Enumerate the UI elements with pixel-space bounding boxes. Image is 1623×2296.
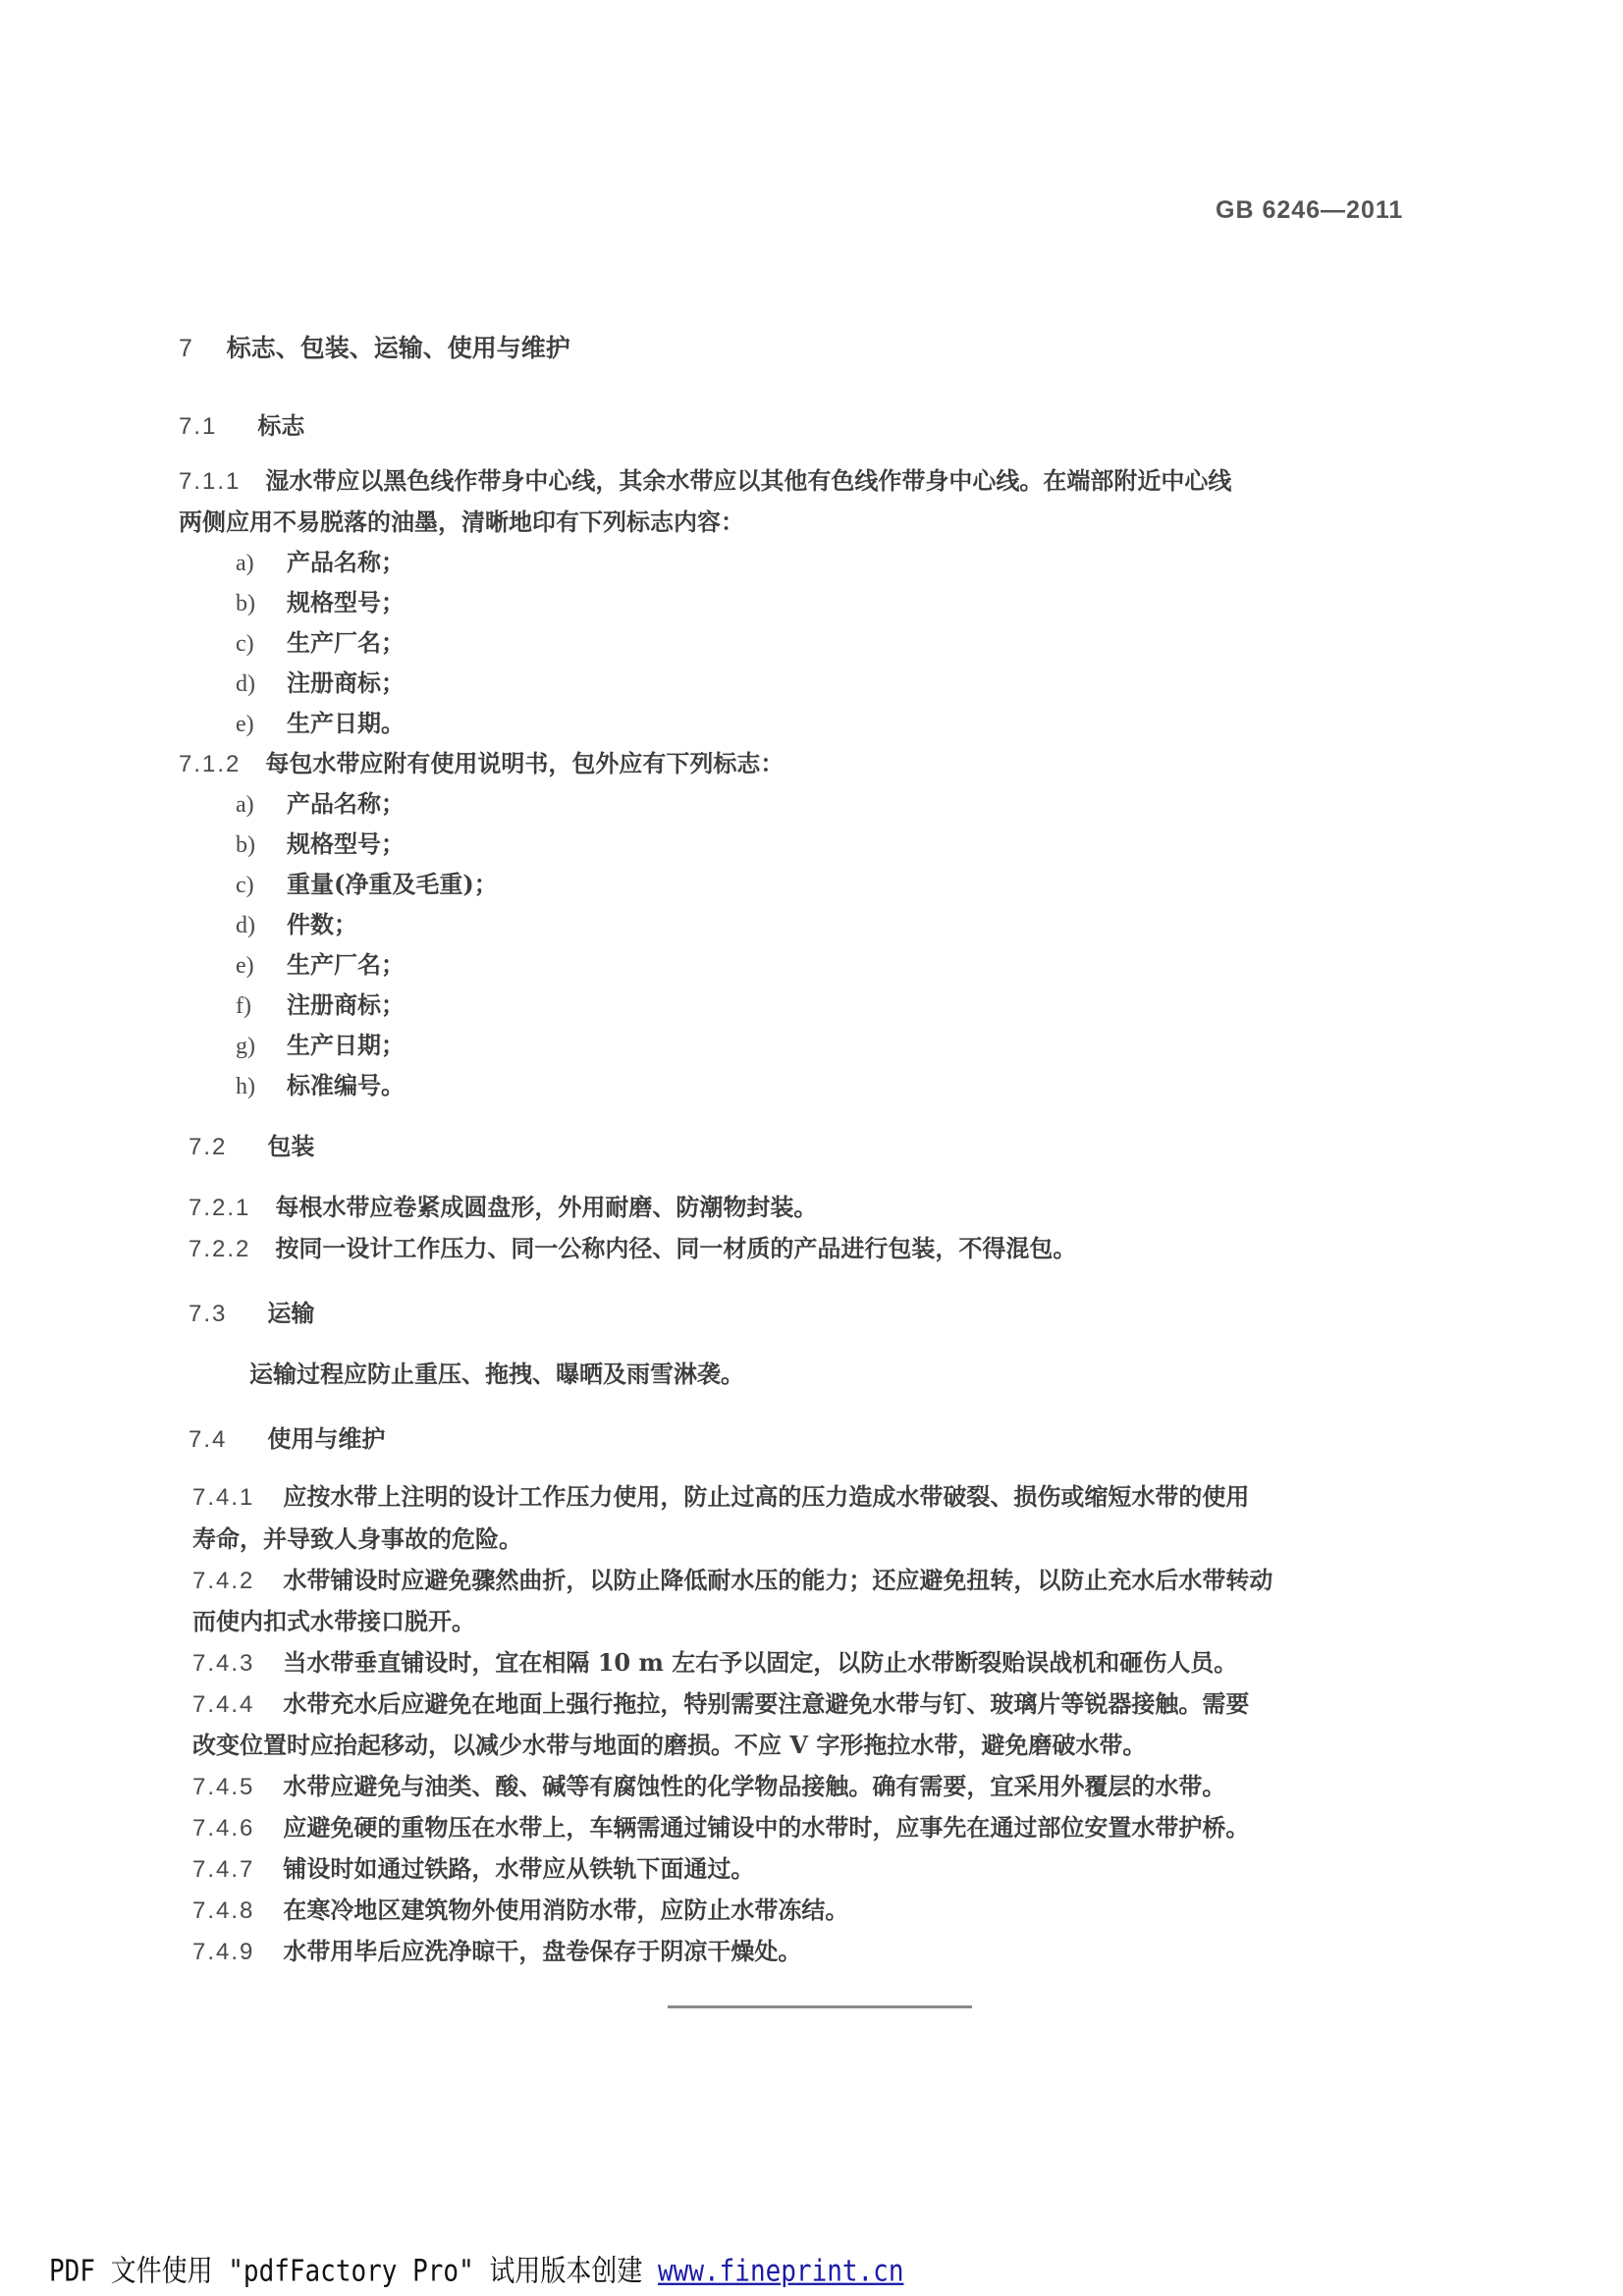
clause-number: 7.4.3 bbox=[192, 1650, 275, 1678]
item-text: 重量(净重及毛重)； bbox=[287, 870, 498, 898]
section-number: 7.4 bbox=[189, 1426, 259, 1454]
item-text: 生产日期； bbox=[287, 1031, 405, 1059]
clause-number: 7.4.7 bbox=[192, 1856, 275, 1884]
clause-text: 应按水带上注明的设计工作压力使用，防止过高的压力造成水带破裂、损伤或缩短水带的使… bbox=[283, 1482, 1249, 1511]
clause-7-4-6: 7.4.6 应避免硬的重物压在水带上，车辆需通过铺设中的水带时，应事先在通过部位… bbox=[192, 1808, 1249, 1842]
pdf-watermark-footer: PDF 文件使用 "pdfFactory Pro" 试用版本创建 www.fin… bbox=[49, 2248, 903, 2290]
clause-7-4-7: 7.4.7 铺设时如通过铁路，水带应从铁轨下面通过。 bbox=[192, 1849, 754, 1884]
section-7-4-heading: 7.4 使用与维护 bbox=[189, 1419, 385, 1454]
clause-text: 在寒冷地区建筑物外使用消防水带，应防止水带冻结。 bbox=[283, 1896, 848, 1924]
clause-text: 水带充水后应避免在地面上强行拖拉，特别需要注意避免水带与钉、玻璃片等锐器接触。需… bbox=[283, 1689, 1249, 1718]
list-item: e)生产厂名； bbox=[236, 945, 405, 980]
clause-text: 水带铺设时应避免骤然曲折，以防止降低耐水压的能力；还应避免扭转，以防止充水后水带… bbox=[283, 1566, 1272, 1594]
clause-text: 湿水带应以黑色线作带身中心线，其余水带应以其他有色线作带身中心线。在端部附近中心… bbox=[265, 466, 1231, 495]
clause-number: 7.2.2 bbox=[189, 1236, 267, 1263]
item-label: f) bbox=[236, 993, 287, 1020]
list-item: a)产品名称； bbox=[236, 543, 405, 577]
clause-7-4-4-line1: 7.4.4 水带充水后应避免在地面上强行拖拉，特别需要注意避免水带与钉、玻璃片等… bbox=[192, 1684, 1249, 1719]
clause-7-4-1-line1: 7.4.1 应按水带上注明的设计工作压力使用，防止过高的压力造成水带破裂、损伤或… bbox=[192, 1477, 1249, 1512]
list-item: b)规格型号； bbox=[236, 583, 405, 617]
clause-text: 铺设时如通过铁路，水带应从铁轨下面通过。 bbox=[283, 1854, 754, 1883]
clause-number: 7.4.2 bbox=[192, 1568, 275, 1595]
clause-text: 应避免硬的重物压在水带上，车辆需通过铺设中的水带时，应事先在通过部位安置水带护桥… bbox=[283, 1813, 1249, 1842]
item-label: c) bbox=[236, 631, 287, 658]
item-text: 产品名称； bbox=[287, 789, 405, 818]
list-item: d)注册商标； bbox=[236, 664, 405, 698]
clause-number: 7.4.8 bbox=[192, 1897, 275, 1925]
list-item: b)规格型号； bbox=[236, 825, 405, 859]
item-text: 生产厂名； bbox=[287, 950, 405, 979]
clause-text: 当水带垂直铺设时，宜在相隔 10 m 左右予以固定，以防止水带断裂贻误战机和砸伤… bbox=[283, 1648, 1237, 1677]
list-item: g)生产日期； bbox=[236, 1026, 405, 1060]
section-7-heading: 7 标志、包装、运输、使用与维护 bbox=[179, 329, 570, 364]
item-text: 注册商标； bbox=[287, 990, 405, 1019]
item-text: 产品名称； bbox=[287, 548, 405, 576]
item-text: 生产厂名； bbox=[287, 628, 405, 657]
document-page: GB 6246—2011 7 标志、包装、运输、使用与维护 7.1 标志 7.1… bbox=[0, 0, 1623, 2296]
clause-7-4-2-line2: 而使内扣式水带接口脱开。 bbox=[192, 1602, 475, 1636]
section-title: 标志 bbox=[257, 411, 304, 440]
list-item: c)生产厂名； bbox=[236, 623, 405, 658]
clause-text: 按同一设计工作压力、同一公称内径、同一材质的产品进行包装，不得混包。 bbox=[275, 1234, 1076, 1262]
item-label: e) bbox=[236, 953, 287, 980]
list-item: e)生产日期。 bbox=[236, 704, 405, 738]
section-title: 包装 bbox=[267, 1132, 314, 1160]
clause-7-1-1-line2: 两侧应用不易脱落的油墨，清晰地印有下列标志内容： bbox=[179, 503, 744, 537]
clause-number: 7.2.1 bbox=[189, 1195, 267, 1222]
standard-code: GB 6246—2011 bbox=[1216, 196, 1403, 225]
section-title: 运输 bbox=[267, 1299, 314, 1327]
section-number: 7 bbox=[179, 335, 218, 363]
section-7-2-heading: 7.2 包装 bbox=[189, 1127, 314, 1161]
list-item: h)标准编号。 bbox=[236, 1066, 405, 1100]
section-title: 标志、包装、运输、使用与维护 bbox=[227, 334, 570, 362]
fineprint-link[interactable]: www.fineprint.cn bbox=[658, 2255, 903, 2289]
item-label: h) bbox=[236, 1074, 287, 1100]
end-rule-divider bbox=[668, 2005, 972, 2008]
item-text: 注册商标； bbox=[287, 668, 405, 697]
item-label: a) bbox=[236, 551, 287, 577]
section-title: 使用与维护 bbox=[267, 1424, 385, 1453]
clause-text: 水带应避免与油类、酸、碱等有腐蚀性的化学物品接触。确有需要，宜采用外覆层的水带。 bbox=[283, 1772, 1225, 1800]
clause-7-4-1-line2: 寿命，并导致人身事故的危险。 bbox=[192, 1520, 522, 1554]
item-text: 生产日期。 bbox=[287, 709, 405, 737]
clause-7-1-2: 7.1.2 每包水带应附有使用说明书，包外应有下列标志： bbox=[179, 744, 784, 778]
list-item: a)产品名称； bbox=[236, 784, 405, 819]
clause-number: 7.4.6 bbox=[192, 1815, 275, 1842]
section-number: 7.3 bbox=[189, 1301, 259, 1328]
section-7-3-heading: 7.3 运输 bbox=[189, 1294, 314, 1328]
clause-7-4-4-line2: 改变位置时应抬起移动，以减少水带与地面的磨损。不应 V 字形拖拉水带，避免磨破水… bbox=[192, 1726, 1146, 1760]
item-label: b) bbox=[236, 591, 287, 617]
clause-number: 7.4.9 bbox=[192, 1939, 275, 1966]
watermark-text: PDF 文件使用 "pdfFactory Pro" 试用版本创建 bbox=[49, 2255, 658, 2289]
item-label: d) bbox=[236, 913, 287, 939]
clause-text: 每根水带应卷紧成圆盘形，外用耐磨、防潮物封装。 bbox=[275, 1193, 817, 1221]
item-text: 件数； bbox=[287, 910, 357, 938]
item-label: c) bbox=[236, 873, 287, 899]
clause-number: 7.1.2 bbox=[179, 751, 257, 778]
item-label: g) bbox=[236, 1034, 287, 1060]
clause-text: 每包水带应附有使用说明书，包外应有下列标志： bbox=[265, 749, 784, 777]
clause-text: 水带用毕后应洗净晾干，盘卷保存于阴凉干燥处。 bbox=[283, 1937, 801, 1965]
item-label: a) bbox=[236, 792, 287, 819]
clause-7-2-1: 7.2.1 每根水带应卷紧成圆盘形，外用耐磨、防潮物封装。 bbox=[189, 1188, 817, 1222]
section-7-3-text: 运输过程应防止重压、拖拽、曝晒及雨雪淋袭。 bbox=[249, 1355, 744, 1389]
item-text: 标准编号。 bbox=[287, 1071, 405, 1099]
list-item: f)注册商标； bbox=[236, 986, 405, 1020]
clause-7-4-5: 7.4.5 水带应避免与油类、酸、碱等有腐蚀性的化学物品接触。确有需要，宜采用外… bbox=[192, 1767, 1225, 1801]
clause-number: 7.1.1 bbox=[179, 468, 257, 496]
clause-7-4-8: 7.4.8 在寒冷地区建筑物外使用消防水带，应防止水带冻结。 bbox=[192, 1891, 848, 1925]
section-7-1-heading: 7.1 标志 bbox=[179, 406, 304, 441]
section-number: 7.2 bbox=[189, 1134, 259, 1161]
list-item: c)重量(净重及毛重)； bbox=[236, 865, 498, 899]
clause-7-4-3: 7.4.3 当水带垂直铺设时，宜在相隔 10 m 左右予以固定，以防止水带断裂贻… bbox=[192, 1643, 1237, 1678]
section-number: 7.1 bbox=[179, 413, 249, 441]
clause-7-4-9: 7.4.9 水带用毕后应洗净晾干，盘卷保存于阴凉干燥处。 bbox=[192, 1932, 801, 1966]
list-item: d)件数； bbox=[236, 905, 357, 939]
item-label: d) bbox=[236, 671, 287, 698]
item-label: e) bbox=[236, 712, 287, 738]
item-text: 规格型号； bbox=[287, 588, 405, 616]
clause-7-4-2-line1: 7.4.2 水带铺设时应避免骤然曲折，以防止降低耐水压的能力；还应避免扭转，以防… bbox=[192, 1561, 1272, 1595]
clause-number: 7.4.1 bbox=[192, 1484, 275, 1512]
item-text: 规格型号； bbox=[287, 829, 405, 858]
clause-7-1-1-line1: 7.1.1 湿水带应以黑色线作带身中心线，其余水带应以其他有色线作带身中心线。在… bbox=[179, 461, 1231, 496]
clause-7-2-2: 7.2.2 按同一设计工作压力、同一公称内径、同一材质的产品进行包装，不得混包。 bbox=[189, 1229, 1076, 1263]
clause-number: 7.4.4 bbox=[192, 1691, 275, 1719]
item-label: b) bbox=[236, 832, 287, 859]
clause-number: 7.4.5 bbox=[192, 1774, 275, 1801]
